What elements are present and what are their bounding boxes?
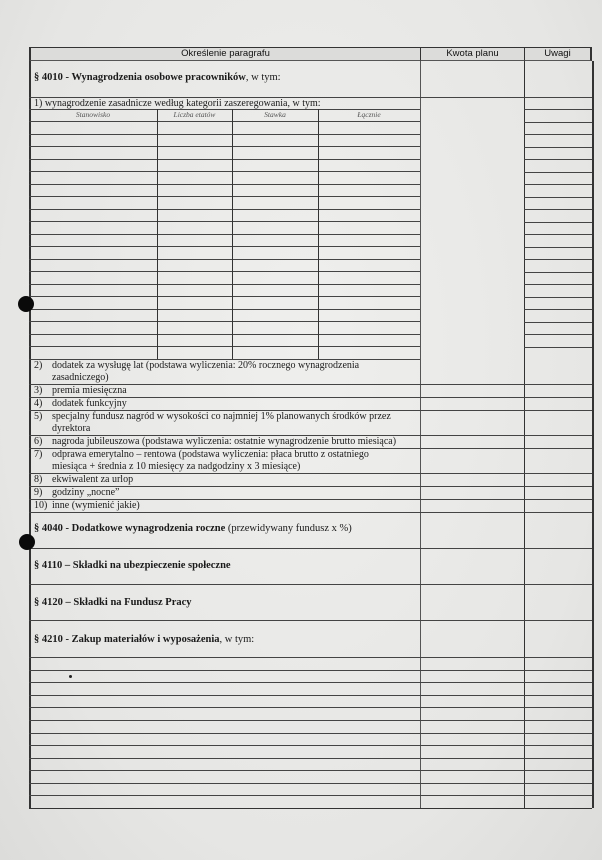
grid-hline [29, 707, 592, 708]
item-number: 2) [34, 360, 42, 372]
grid-hline [29, 196, 420, 197]
grid-hline [29, 209, 420, 210]
header-amount: Kwota planu [420, 47, 524, 61]
grid-hline [29, 296, 420, 297]
item-number: 10) [34, 500, 47, 512]
section-4010-title: § 4010 - Wynagrodzenia osobowe pracownik… [34, 72, 281, 84]
grid-hline [29, 284, 420, 285]
grid-hline [29, 334, 420, 335]
col-total: Łącznie [318, 110, 420, 120]
grid-hline [29, 109, 420, 110]
item-text: odprawa emerytalno – rentowa (podstawa w… [52, 449, 369, 461]
grid-hline [524, 184, 592, 185]
grid-vline [157, 109, 158, 359]
item-text: premia miesięczna [52, 385, 127, 397]
ink-speck [69, 675, 72, 678]
section-4110-title: § 4110 – Składki na ubezpieczenie społec… [34, 560, 231, 572]
item-number: 7) [34, 449, 42, 461]
punch-hole-upper [18, 296, 34, 312]
grid-hline [29, 234, 420, 235]
grid-hline [29, 159, 420, 160]
grid-hline [29, 221, 420, 222]
grid-hline [524, 197, 592, 198]
item-number: 6) [34, 436, 42, 448]
grid-hline [29, 384, 592, 385]
grid-hline [29, 657, 592, 658]
grid-hline [29, 271, 420, 272]
grid-hline [524, 322, 592, 323]
grid-hline [29, 171, 420, 172]
grid-hline [29, 359, 420, 360]
grid-vline [232, 109, 233, 359]
item-number: 8) [34, 474, 42, 486]
item-text-continued: dyrektora [52, 423, 90, 435]
grid-hline [29, 259, 420, 260]
grid-hline [29, 346, 420, 347]
grid-hline [524, 284, 592, 285]
grid-hline [524, 159, 592, 160]
item-number: 9) [34, 487, 42, 499]
section-4120-title: § 4120 – Składki na Fundusz Pracy [34, 597, 192, 609]
grid-hline [524, 347, 592, 348]
section-4040-title: § 4040 - Dodatkowe wynagrodzenia roczne … [34, 523, 352, 535]
grid-hline [29, 795, 592, 796]
punch-hole-lower [19, 534, 35, 550]
grid-hline [29, 758, 592, 759]
grid-hline [29, 473, 592, 474]
item-text: godziny „nocne” [52, 487, 119, 499]
grid-hline [524, 122, 592, 123]
item-number: 3) [34, 385, 42, 397]
header-description: Określenie paragrafu [29, 47, 420, 61]
col-fte-count: Liczba etatów [157, 110, 232, 120]
grid-hline [29, 499, 592, 500]
item-text: specjalny fundusz nagród w wysokości co … [52, 411, 391, 423]
item-text: dodatek funkcyjny [52, 398, 127, 410]
grid-hline [524, 234, 592, 235]
grid-hline [29, 720, 592, 721]
section-4210-title: § 4210 - Zakup materiałów i wyposażenia,… [34, 634, 254, 646]
grid-hline [524, 247, 592, 248]
grid-hline [29, 246, 420, 247]
item-text: inne (wymienić jakie) [52, 500, 140, 512]
grid-hline [524, 134, 592, 135]
grid-hline [524, 209, 592, 210]
item-text-continued: miesiąca + średnia z 10 miesięcy za nadg… [52, 461, 300, 473]
grid-hline [29, 97, 592, 98]
grid-hline [29, 670, 592, 671]
grid-hline [29, 770, 592, 771]
grid-hline [524, 147, 592, 148]
grid-hline [29, 682, 592, 683]
grid-hline [524, 109, 592, 110]
item-number: 4) [34, 398, 42, 410]
item-number: 5) [34, 411, 42, 423]
grid-hline [29, 410, 592, 411]
grid-hline [29, 733, 592, 734]
grid-hline [29, 121, 420, 122]
item-text: dodatek za wysługę lat (podstawa wylicze… [52, 360, 359, 372]
grid-vline [318, 109, 319, 359]
grid-hline [29, 397, 592, 398]
grid-hline [29, 134, 420, 135]
grid-vline [592, 61, 594, 808]
item-text: nagroda jubileuszowa (podstawa wyliczeni… [52, 436, 396, 448]
grid-hline [524, 172, 592, 173]
grid-hline [29, 745, 592, 746]
grid-hline [29, 695, 592, 696]
grid-hline [29, 309, 420, 310]
grid-hline [29, 548, 592, 549]
grid-hline [29, 808, 592, 809]
col-position: Stanowisko [29, 110, 157, 120]
grid-hline [29, 620, 592, 621]
grid-hline [524, 334, 592, 335]
grid-hline [29, 512, 592, 513]
grid-hline [524, 259, 592, 260]
col-rate: Stawka [232, 110, 318, 120]
grid-hline [29, 146, 420, 147]
item-text-continued: zasadniczego) [52, 372, 109, 384]
grid-hline [524, 297, 592, 298]
item-text: ekwiwalent za urlop [52, 474, 133, 486]
grid-hline [29, 584, 592, 585]
grid-hline [524, 272, 592, 273]
grid-hline [524, 222, 592, 223]
header-notes: Uwagi [524, 47, 592, 61]
grid-hline [29, 435, 592, 436]
grid-hline [524, 309, 592, 310]
grid-hline [29, 321, 420, 322]
grid-hline [29, 184, 420, 185]
grid-hline [29, 783, 592, 784]
grid-hline [29, 486, 592, 487]
grid-hline [29, 448, 592, 449]
